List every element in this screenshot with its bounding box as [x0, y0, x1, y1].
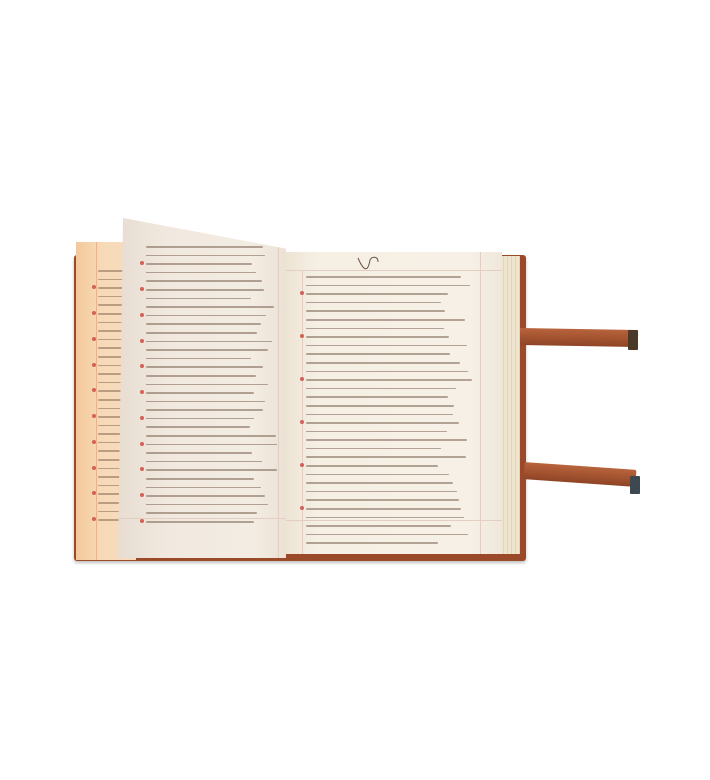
script-line	[306, 495, 474, 504]
script-line	[146, 285, 278, 294]
script-line	[146, 517, 278, 526]
script-line	[306, 289, 474, 298]
script-line	[146, 491, 278, 500]
script-line	[146, 388, 278, 397]
page-edges	[500, 256, 520, 554]
script-line	[306, 530, 474, 539]
script-line	[306, 392, 474, 401]
script-line	[146, 440, 278, 449]
script-line	[306, 521, 474, 530]
script-line	[306, 306, 474, 315]
script-line	[306, 504, 474, 513]
script-line	[146, 362, 278, 371]
script-line	[146, 268, 278, 277]
script-line	[146, 328, 278, 337]
script-line	[306, 298, 474, 307]
script-line	[306, 341, 474, 350]
script-line	[306, 349, 474, 358]
script-line	[146, 405, 278, 414]
script-line	[306, 418, 474, 427]
script-line	[146, 302, 278, 311]
script-line	[146, 242, 278, 251]
script-line	[146, 294, 278, 303]
script-line	[146, 422, 278, 431]
script-line	[306, 452, 474, 461]
script-line	[306, 358, 474, 367]
lower-strap	[524, 462, 637, 487]
script-line	[146, 465, 278, 474]
lower-clasp	[630, 476, 640, 494]
upper-strap	[518, 328, 638, 347]
script-line	[146, 474, 278, 483]
script-line	[306, 470, 474, 479]
script-line	[146, 311, 278, 320]
initial-flourish	[354, 254, 384, 274]
script-line	[146, 483, 278, 492]
script-line	[306, 513, 474, 522]
script-line	[306, 324, 474, 333]
script-line	[306, 478, 474, 487]
script-line	[146, 448, 278, 457]
script-line	[146, 508, 278, 517]
script-line	[146, 431, 278, 440]
upper-clasp	[628, 330, 638, 350]
right-page-text	[306, 272, 474, 547]
script-line	[146, 251, 278, 260]
script-line	[146, 259, 278, 268]
manuscript-photo: Photograph of an open medieval manuscrip…	[0, 0, 710, 780]
script-line	[146, 345, 278, 354]
script-line	[306, 461, 474, 470]
script-line	[306, 281, 474, 290]
script-line	[306, 444, 474, 453]
script-line	[146, 500, 278, 509]
script-line	[306, 332, 474, 341]
script-line	[306, 410, 474, 419]
script-line	[306, 375, 474, 384]
script-line	[306, 435, 474, 444]
script-line	[146, 371, 278, 380]
script-line	[146, 397, 278, 406]
script-line	[306, 315, 474, 324]
right-page	[284, 252, 502, 554]
script-line	[146, 319, 278, 328]
script-line	[306, 384, 474, 393]
script-line	[146, 380, 278, 389]
turning-page-text	[146, 242, 278, 526]
script-line	[306, 538, 474, 547]
script-line	[146, 457, 278, 466]
script-line	[146, 276, 278, 285]
script-line	[146, 354, 278, 363]
script-line	[306, 272, 474, 281]
script-line	[146, 414, 278, 423]
turning-page	[118, 218, 286, 558]
script-line	[306, 487, 474, 496]
script-line	[306, 367, 474, 376]
script-line	[146, 337, 278, 346]
script-line	[306, 427, 474, 436]
script-line	[306, 401, 474, 410]
